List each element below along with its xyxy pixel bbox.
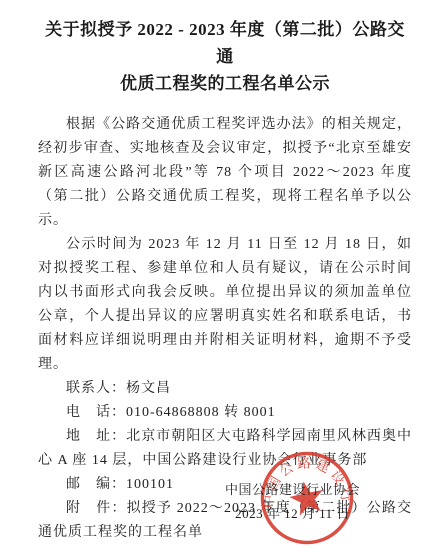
title-line-2: 优质工程奖的工程名单公示	[38, 70, 412, 97]
body-paragraph-2: 公示时间为 2023 年 12 月 11 日至 12 月 18 日，如对拟授奖工…	[38, 233, 412, 377]
title-line-1: 关于拟授予 2022 - 2023 年度（第二批）公路交通	[38, 16, 412, 70]
page-title: 关于拟授予 2022 - 2023 年度（第二批）公路交通 优质工程奖的工程名单…	[38, 16, 412, 97]
document-content: 关于拟授予 2022 - 2023 年度（第二批）公路交通 优质工程奖的工程名单…	[0, 0, 448, 545]
contact-person-line: 联系人：杨文昌	[38, 377, 412, 401]
document-page: 关于拟授予 2022 - 2023 年度（第二批）公路交通 优质工程奖的工程名单…	[0, 0, 448, 549]
signature-block: 中国公路建设行业协会 2023 年 12 月 11 日	[225, 478, 360, 526]
contact-address-line: 地 址：北京市朝阳区大屯路科学园南里风林西奥中心 A 座 14 层，中国公路建设…	[38, 425, 412, 473]
signature-date: 2023 年 12 月 11 日	[225, 502, 360, 526]
body-paragraph-1: 根据《公路交通优质工程奖评选办法》的相关规定，经初步审查、实地核查及会议审定，拟…	[38, 113, 412, 233]
contact-phone-line: 电 话：010-64868808 转 8001	[38, 401, 412, 425]
signature-organization: 中国公路建设行业协会	[225, 478, 360, 502]
